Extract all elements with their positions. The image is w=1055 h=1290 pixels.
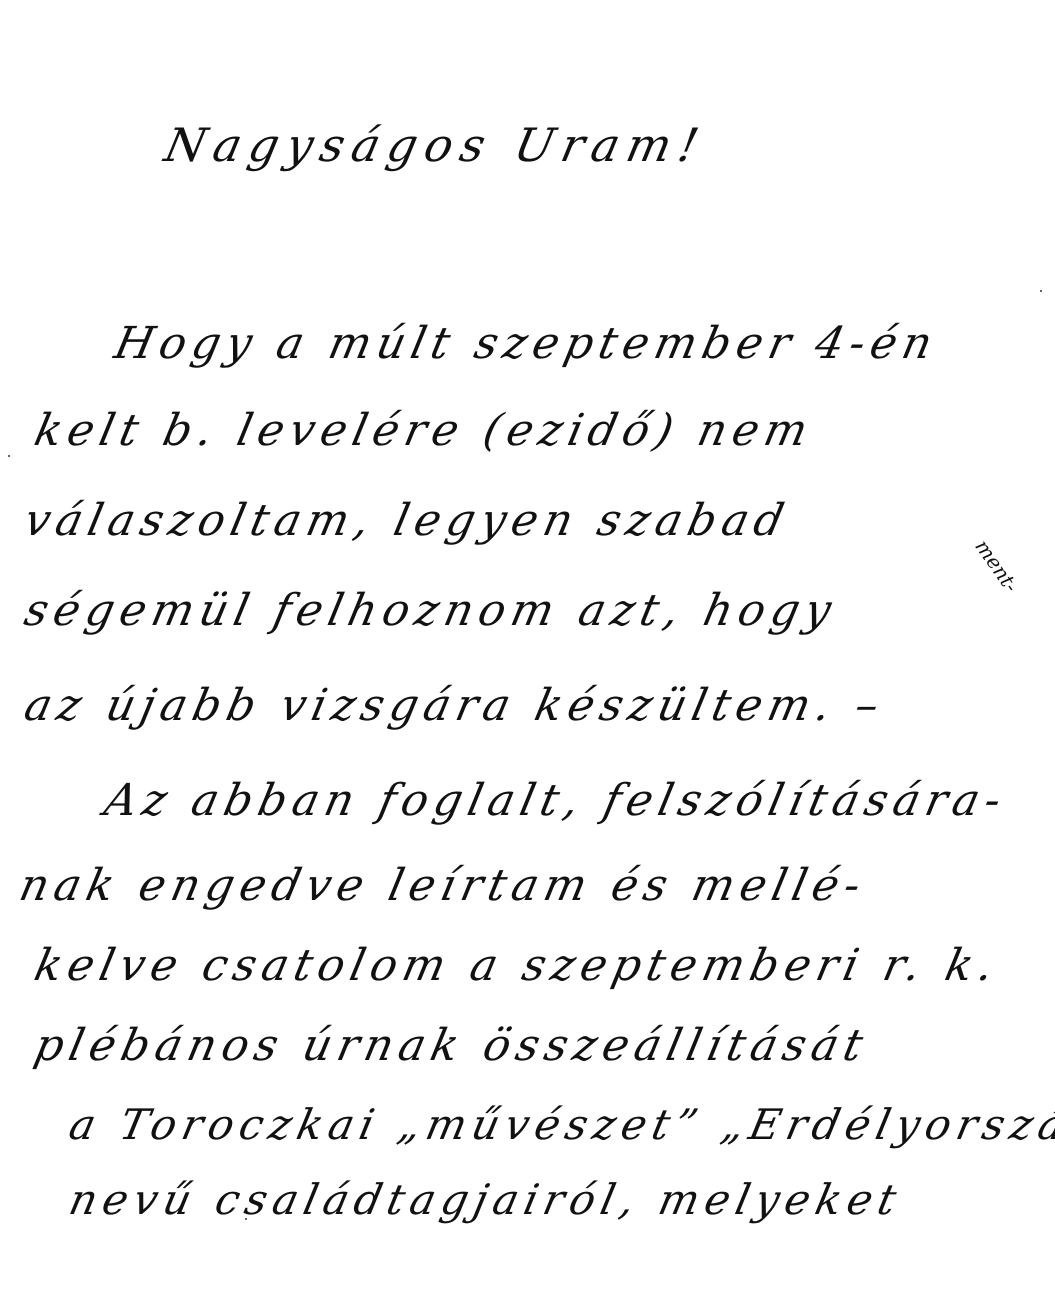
letter-line-4: ségemül felhoznom azt, hogy [20, 585, 842, 636]
ink-speck [8, 455, 10, 457]
letter-line-9: plébános úrnak összeállítását [30, 1020, 873, 1071]
ink-speck [1040, 290, 1042, 292]
letter-line-10: a Toroczkai „művészet” „Erdélyország” [65, 1100, 1055, 1149]
letter-line-8: kelve csatolom a szeptemberi r. k. [30, 940, 1004, 991]
letter-line-7: nak engedve leírtam és mellé- [15, 860, 871, 911]
letter-line-11: nevű családtagjairól, melyeket [65, 1175, 907, 1224]
letter-line-6: Az abban foglalt, felszólítására- [100, 775, 1012, 826]
interlinear-note: ment- [970, 535, 1023, 597]
letter-line-1: Hogy a múlt szeptember 4-én [110, 318, 943, 369]
letter-line-3: válaszoltam, legyen szabad [20, 495, 794, 546]
letter-line-5: az újabb vizsgára készültem. – [20, 680, 889, 731]
letter-page: Nagyságos Uram! Hogy a múlt szeptember 4… [0, 0, 1055, 1290]
ink-speck [245, 1218, 247, 1220]
salutation: Nagyságos Uram! [160, 118, 711, 172]
letter-line-2: kelt b. levelére (ezidő) nem [30, 405, 818, 456]
